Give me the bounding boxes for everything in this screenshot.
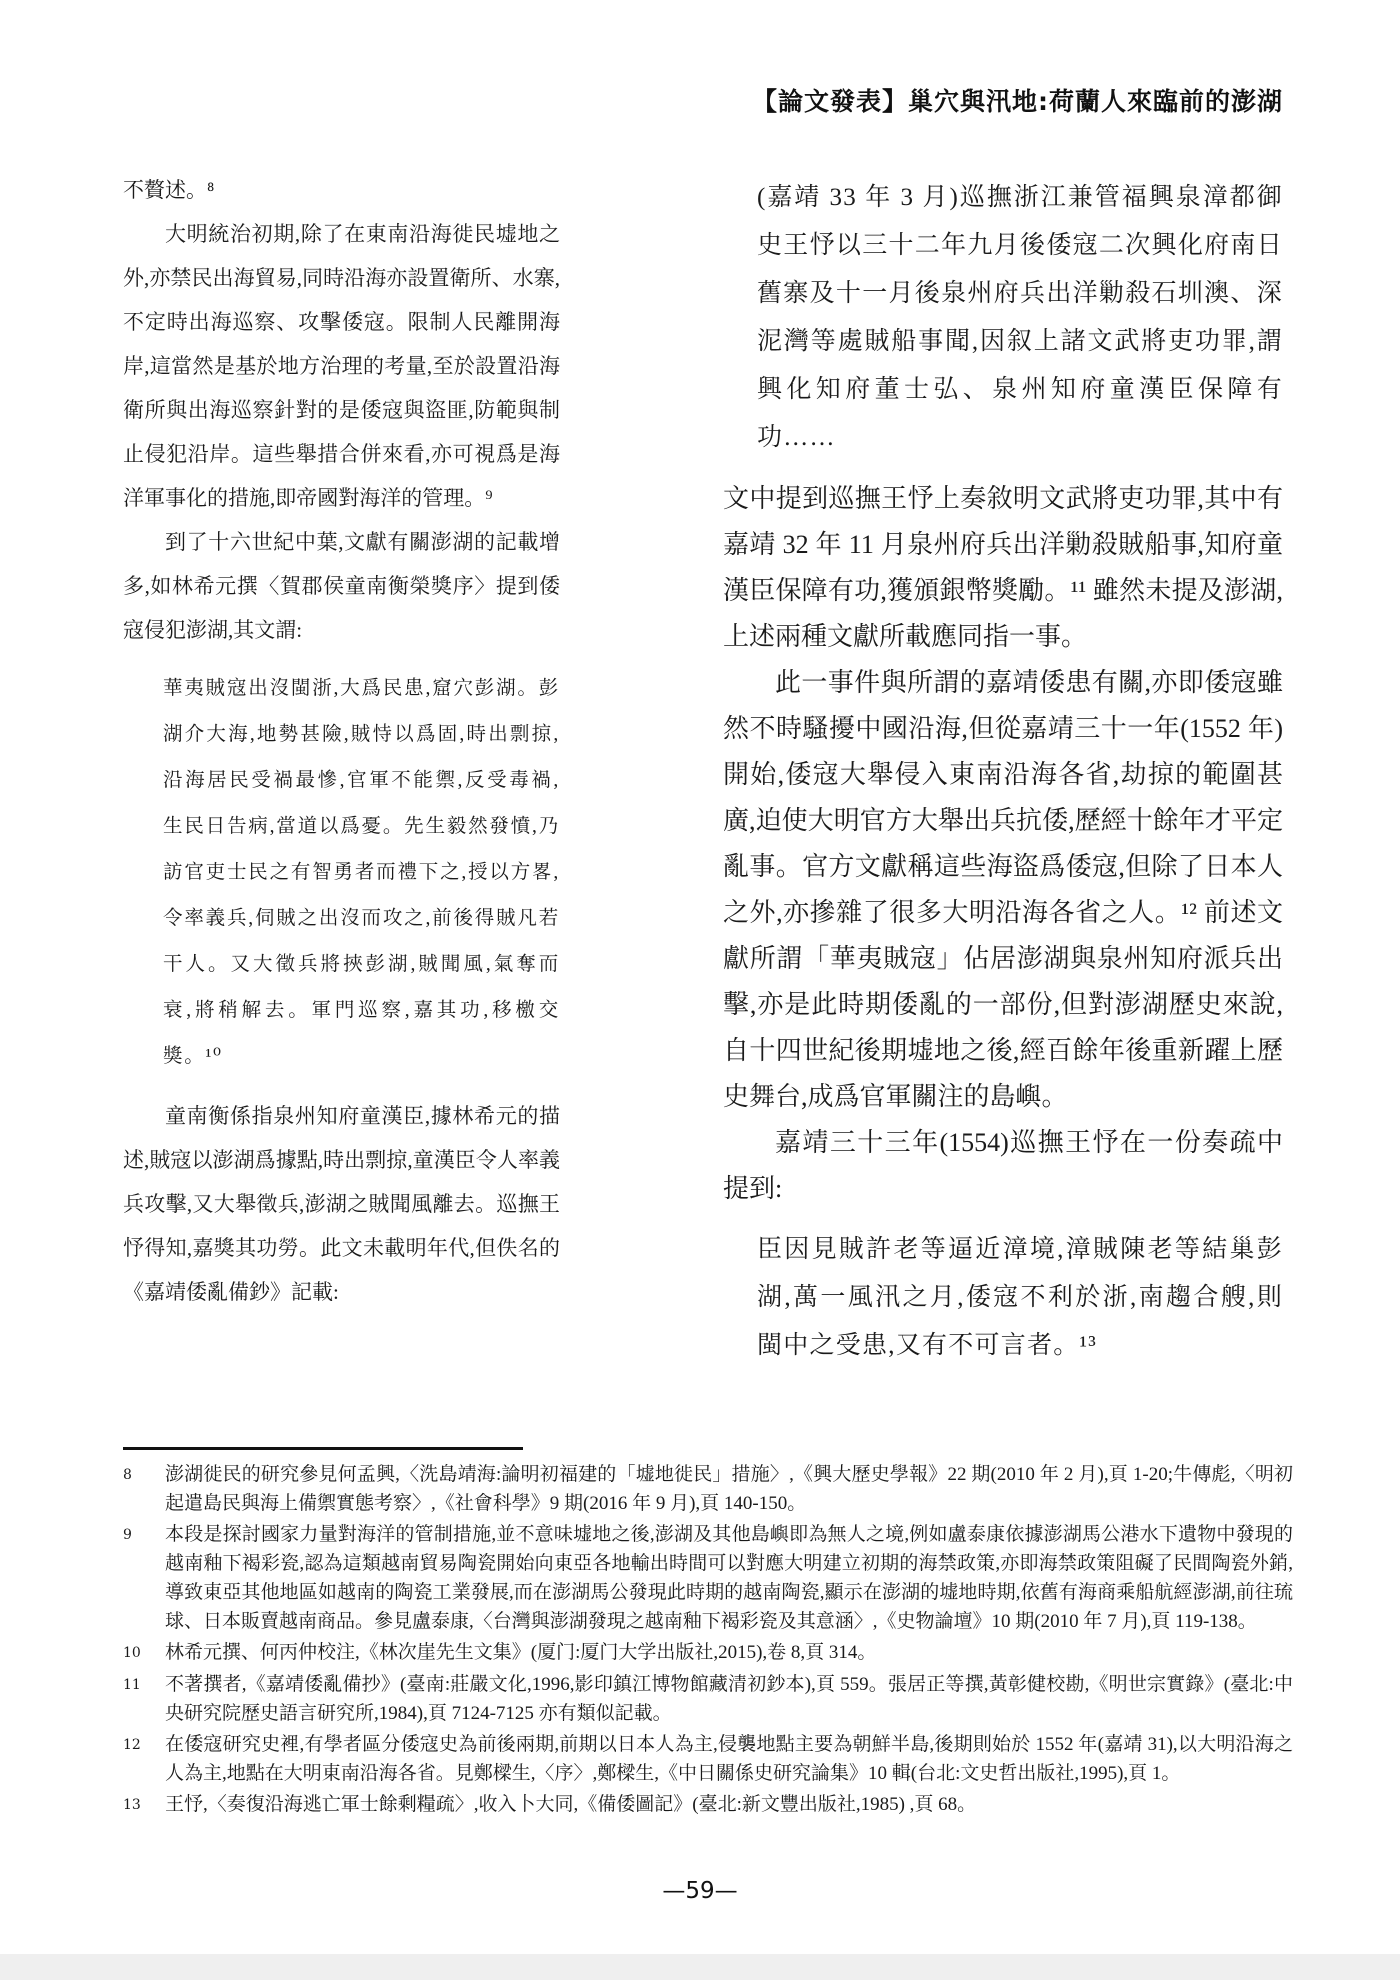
footnote-text: 在倭寇研究史裡,有學者區分倭寇史為前後兩期,前期以日本人為主,侵襲地點主要為朝鮮… bbox=[165, 1730, 1293, 1788]
footnotes-section: 8 澎湖徙民的研究參見何孟興,〈洗島靖海:論明初福建的「墟地徙民」措施〉,《興大… bbox=[123, 1460, 1293, 1822]
left-column: 不贅述。⁸ 大明統治初期,除了在東南沿海徙民墟地之外,亦禁民出海貿易,同時沿海亦… bbox=[123, 168, 560, 1314]
footnote-item: 9 本段是探討國家力量對海洋的管制措施,並不意味墟地之後,澎湖及其他島嶼即為無人… bbox=[123, 1520, 1293, 1636]
paragraph: 大明統治初期,除了在東南沿海徙民墟地之外,亦禁民出海貿易,同時沿海亦設置衛所、水… bbox=[123, 212, 560, 520]
footnote-text: 本段是探討國家力量對海洋的管制措施,並不意味墟地之後,澎湖及其他島嶼即為無人之境… bbox=[165, 1520, 1293, 1636]
footnote-number: 11 bbox=[123, 1670, 165, 1700]
footnote-text: 林希元撰、何丙仲校注,《林次崖先生文集》(厦门:厦门大学出版社,2015),卷 … bbox=[165, 1638, 1293, 1667]
document-page: 【論文發表】巢穴與汛地:荷蘭人來臨前的澎湖 不贅述。⁸ 大明統治初期,除了在東南… bbox=[0, 0, 1400, 1980]
page-number: —59— bbox=[0, 1878, 1400, 1904]
paragraph: 此一事件與所謂的嘉靖倭患有關,亦即倭寇雖然不時騷擾中國沿海,但從嘉靖三十一年(1… bbox=[723, 660, 1283, 1120]
paragraph: 不贅述。⁸ bbox=[123, 168, 560, 212]
block-quote: 臣因見賊許老等逼近漳境,漳賊陳老等結巢彭湖,萬一風汛之月,倭寇不利於浙,南趨合艘… bbox=[723, 1226, 1283, 1370]
paragraph: 嘉靖三十三年(1554)巡撫王忬在一份奏疏中提到: bbox=[723, 1120, 1283, 1212]
footnote-item: 12 在倭寇研究史裡,有學者區分倭寇史為前後兩期,前期以日本人為主,侵襲地點主要… bbox=[123, 1730, 1293, 1788]
footnote-number: 12 bbox=[123, 1730, 165, 1760]
running-head: 【論文發表】巢穴與汛地:荷蘭人來臨前的澎湖 bbox=[752, 82, 1283, 118]
footnote-item: 11 不著撰者,《嘉靖倭亂備抄》(臺南:莊嚴文化,1996,影印鎮江博物館藏清初… bbox=[123, 1670, 1293, 1728]
right-column: (嘉靖 33 年 3 月)巡撫浙江兼管福興泉漳都御史王忬以三十二年九月後倭寇二次… bbox=[723, 160, 1283, 1384]
footnote-item: 13 王忬,〈奏復沿海逃亡軍士餘剩糧疏〉,收入卜大同,《備倭圖記》(臺北:新文豐… bbox=[123, 1790, 1293, 1820]
paragraph: 到了十六世紀中葉,文獻有關澎湖的記載增多,如林希元撰〈賀郡侯童南衡榮獎序〉提到倭… bbox=[123, 520, 560, 652]
footnote-number: 10 bbox=[123, 1638, 165, 1668]
footnote-separator bbox=[123, 1447, 523, 1450]
footnote-number: 8 bbox=[123, 1460, 165, 1490]
scan-edge-artifact bbox=[0, 1954, 1400, 1980]
footnote-item: 8 澎湖徙民的研究參見何孟興,〈洗島靖海:論明初福建的「墟地徙民」措施〉,《興大… bbox=[123, 1460, 1293, 1518]
paragraph: 童南衡係指泉州知府童漢臣,據林希元的描述,賊寇以澎湖爲據點,時出剽掠,童漢臣令人… bbox=[123, 1094, 560, 1314]
block-quote: 華夷賊寇出沒閩浙,大爲民患,窟穴彭湖。彭湖介大海,地勢甚險,賊恃以爲固,時出剽掠… bbox=[123, 666, 560, 1080]
footnote-number: 13 bbox=[123, 1790, 165, 1820]
footnote-text: 澎湖徙民的研究參見何孟興,〈洗島靖海:論明初福建的「墟地徙民」措施〉,《興大歷史… bbox=[165, 1460, 1293, 1518]
footnote-text: 王忬,〈奏復沿海逃亡軍士餘剩糧疏〉,收入卜大同,《備倭圖記》(臺北:新文豐出版社… bbox=[165, 1790, 1293, 1819]
paragraph: 文中提到巡撫王忬上奏敘明文武將吏功罪,其中有嘉靖 32 年 11 月泉州府兵出洋… bbox=[723, 476, 1283, 660]
footnote-number: 9 bbox=[123, 1520, 165, 1550]
footnote-text: 不著撰者,《嘉靖倭亂備抄》(臺南:莊嚴文化,1996,影印鎮江博物館藏清初鈔本)… bbox=[165, 1670, 1293, 1728]
footnote-item: 10 林希元撰、何丙仲校注,《林次崖先生文集》(厦门:厦门大学出版社,2015)… bbox=[123, 1638, 1293, 1668]
block-quote: (嘉靖 33 年 3 月)巡撫浙江兼管福興泉漳都御史王忬以三十二年九月後倭寇二次… bbox=[723, 174, 1283, 462]
